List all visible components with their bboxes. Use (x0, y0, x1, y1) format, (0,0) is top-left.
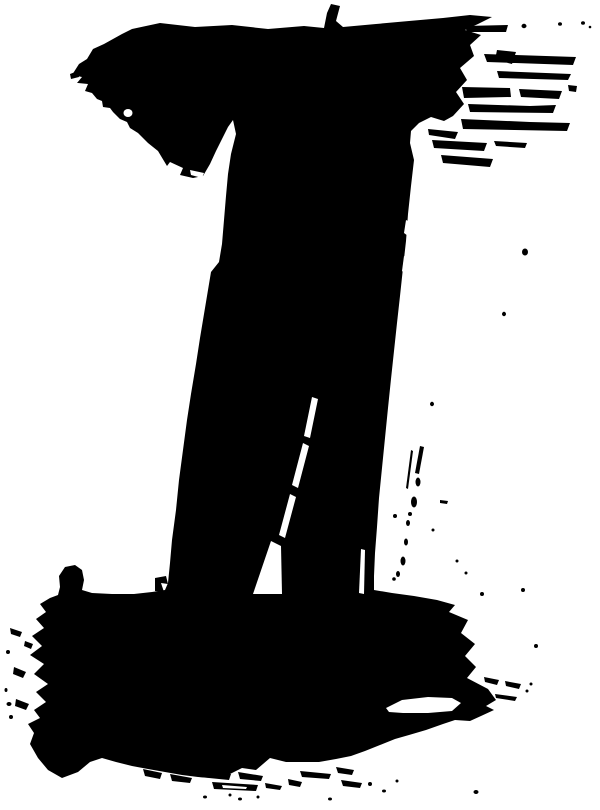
speckle-4 (406, 520, 410, 526)
right-fleck-8 (530, 683, 533, 686)
bottom-dot-2 (382, 790, 386, 793)
artwork-canvas (0, 0, 600, 810)
left-fleck-2 (6, 650, 10, 654)
bottom-dot-5 (238, 798, 242, 801)
bottom-dot-1 (368, 782, 372, 786)
speckle-7 (401, 557, 406, 566)
right-fleck-4 (465, 572, 468, 575)
speck-right-mid (430, 402, 434, 406)
bottom-dot-4 (474, 790, 479, 794)
speckle-10 (432, 529, 435, 532)
speckle-2 (411, 497, 417, 508)
right-fleck-1 (480, 592, 484, 596)
streak-dot-4 (589, 26, 592, 29)
speckle-5 (393, 514, 397, 518)
speckle-1 (416, 478, 421, 487)
speck-right-upper (502, 312, 506, 316)
right-fleck-3 (456, 560, 459, 563)
speckle-8 (396, 571, 400, 577)
speck-bottom-left-dot (7, 702, 12, 706)
streak-dot-1 (522, 24, 527, 28)
speckle-9 (392, 577, 396, 581)
ink-glyph-svg (0, 0, 600, 810)
speck-right-of-bar (522, 249, 528, 256)
bottom-dot-3 (396, 780, 399, 783)
streak-row-1 (465, 25, 508, 32)
left-fleck-4 (5, 688, 8, 692)
bar-pinhole (124, 109, 133, 117)
left-fleck-6 (9, 715, 13, 719)
right-fleck-5 (534, 644, 538, 648)
streak-dot-3 (581, 21, 585, 25)
right-fleck-10 (526, 690, 529, 693)
bottom-dot-9 (328, 798, 332, 801)
bottom-dot-8 (229, 794, 232, 797)
speckle-3 (408, 512, 412, 516)
streak-dot-2 (558, 22, 562, 26)
right-fleck-2 (521, 588, 525, 592)
speckle-6 (404, 539, 408, 546)
bottom-dot-6 (257, 796, 260, 799)
bottom-dot-7 (203, 796, 207, 799)
